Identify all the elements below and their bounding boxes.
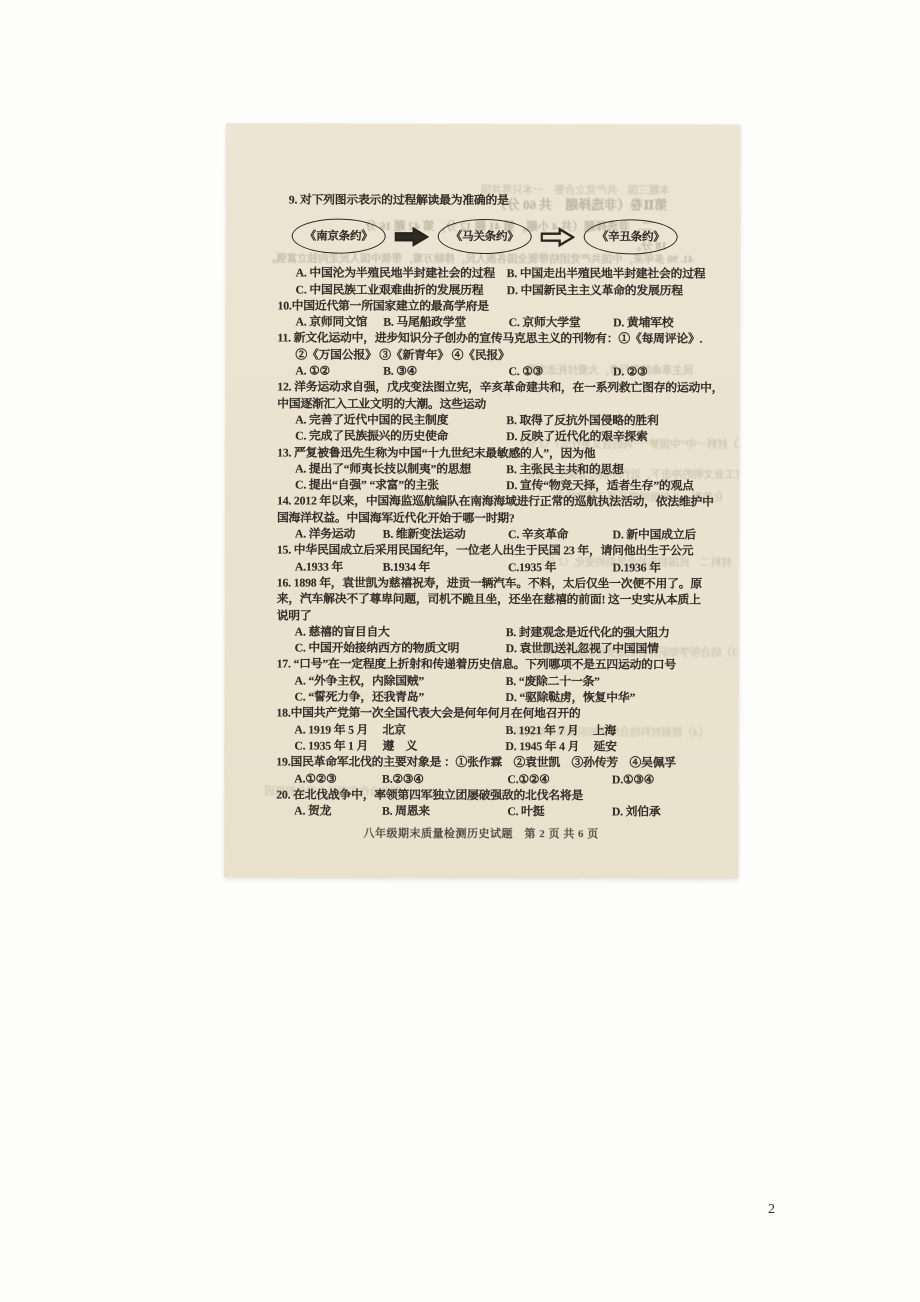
question-12-stem: 中国逐渐汇入工业文明的大潮。这些运动 [277,395,713,412]
option: D. 1945 年 4 月 延安 [505,738,712,755]
questions-list: 9. 对下列图示表示的过程解读最为准确的是《南京条约》《马关条约》《辛丑条约》A… [276,191,714,820]
option: A. 完善了近代中国的民主制度 [295,411,506,428]
option: D. 新中国成立后 [613,526,713,543]
option-row: A. 洋务运动B. 维新变法运动C. 辛亥革命D. 新中国成立后 [277,526,713,543]
question-12: 12. 洋务运动求自强，戊戌变法图立宪，辛亥革命建共和，在一系列救亡图存的运动中… [277,379,713,445]
exam-paper-page: 第Ⅱ卷（非选择题 共 60 分）二、非选择题（共 4 小题，第 41 题 12 … [224,123,740,878]
option: D. ②③ [613,363,713,380]
question-14-stem: 14. 2012 年以来，中国海监巡航编队在南海海域进行正常的巡航执法活动，依法… [277,493,713,510]
option: C.1935 年 [508,559,613,576]
question-17-stem: 17. “口号”在一定程度上折射和传递着历史信息。下列哪项不是五四运动的口号 [277,656,713,673]
option-row: A.①②③B.②③④C.①②④D.①③④ [276,770,712,787]
option: B. 主张民主共和的思想 [506,461,713,478]
option-row: C. 中国开始接纳西方的物质文明D. 袁世凯送礼忽视了中国国情 [277,640,713,657]
document-page-number: 2 [768,1202,775,1218]
option: D. 中国新民主主义革命的发展历程 [507,282,714,299]
question-11-stem: ②《万国公报》 ③《新青年》 ④《民报》 [277,346,713,363]
question-13: 13. 严复被鲁迅先生称为中国“十九世纪末最敏感的人”，因为他A. 提出了“师夷… [277,444,713,494]
option: A. 提出了“师夷长技以制夷”的思想 [295,460,506,477]
treaty-oval: 《辛丑条约》 [584,220,678,255]
option: B. 封建观念是近代化的强大阻力 [506,624,713,641]
right-arrow-icon [541,227,575,247]
option: B. ③④ [383,363,508,380]
option: A. 京师同文馆 [295,314,383,331]
option: C. ①③ [508,363,613,380]
option: B. 维新变法运动 [383,526,508,543]
question-10-stem: 10.中国近代第一所国家建立的最高学府是 [277,297,713,314]
question-20: 20. 在北伐战争中，率领第四军独立团屡破强敌的北伐名将是A. 贺龙B. 周恩来… [276,786,712,820]
treaty-oval-label: 《马关条约》 [451,229,519,245]
question-14: 14. 2012 年以来，中国海监巡航编队在南海海域进行正常的巡航执法活动，依法… [277,493,713,543]
option: A. 贺龙 [294,803,382,820]
option: D. 刘伯承 [612,803,712,820]
question-9-stem: 9. 对下列图示表示的过程解读最为准确的是 [278,191,714,208]
option: D. “驱除鞑虏，恢复中华” [506,689,713,706]
option: B.1934 年 [383,558,508,575]
question-9: 9. 对下列图示表示的过程解读最为准确的是《南京条约》《马关条约》《辛丑条约》A… [278,191,714,298]
option-row: A. 1919 年 5 月 北京B. 1921 年 7 月 上海 [276,721,712,738]
option: C. 中国开始接纳西方的物质文明 [295,640,506,657]
option: C. 1935 年 1 月 遵 义 [294,737,505,754]
option-row: C. 提出“自强” “求富”的主张D. 宣传“物竞天择，适者生存”的观点 [277,477,713,494]
option: B. “废除二十一条” [506,673,713,690]
option: C.①②④ [507,771,612,788]
question-11: 11. 新文化运动中，进步知识分子创办的宣传马克思主义的刊物有：①《每周评论》.… [277,330,713,380]
option: A.①②③ [294,770,382,787]
option-row: C. 中国民族工业艰难曲折的发展历程D. 中国新民主主义革命的发展历程 [278,281,714,298]
option: B. 周恩来 [382,803,507,820]
option-row: A. 提出了“师夷长技以制夷”的思想B. 主张民主共和的思想 [277,460,713,477]
question-20-stem: 20. 在北伐战争中，率领第四军独立团屡破强敌的北伐名将是 [276,786,712,803]
option: A. ①② [295,363,383,380]
question-16-stem: 说明了 [277,607,713,624]
option-row: C. 1935 年 1 月 遵 义D. 1945 年 4 月 延安 [276,737,712,754]
question-15-stem: 15. 中华民国成立后采用民国纪年，一位老人出生于民国 23 年，请问他出生于公… [277,542,713,559]
question-17: 17. “口号”在一定程度上折射和传递着历史信息。下列哪项不是五四运动的口号A.… [276,656,712,706]
option: B. 马尾船政学堂 [383,314,508,331]
option: C. 辛亥革命 [508,526,613,543]
option: A. “外争主权，内除国贼” [295,672,506,689]
option-row: A. 慈禧的盲目自大B. 封建观念是近代化的强大阻力 [277,623,713,640]
question-16-stem: 来，汽车解决不了尊卑问题，司机不跪且坐，还坐在慈禧的前面! 这一史实从本质上 [277,591,713,608]
question-15: 15. 中华民国成立后采用民国纪年，一位老人出生于民国 23 年，请问他出生于公… [277,542,713,576]
right-arrow-icon [395,227,429,247]
treaty-oval: 《南京条约》 [292,219,386,254]
option: A. 中国沦为半殖民地半封建社会的过程 [296,265,507,282]
question-16-stem: 16. 1898 年，袁世凯为慈禧祝寿，进贡一辆汽车。不料，太后仅坐一次便不用了… [277,574,713,591]
option: B.②③④ [382,770,507,787]
question-12-stem: 12. 洋务运动求自强，戊戌变法图立宪，辛亥革命建共和，在一系列救亡图存的运动中… [277,379,713,396]
option: B. 1921 年 7 月 上海 [505,722,712,739]
option: C. 完成了民族振兴的历史使命 [295,428,506,445]
question-18: 18.中国共产党第一次全国代表大会是何年何月在何地召开的A. 1919 年 5 … [276,705,712,755]
treaty-oval-label: 《南京条约》 [305,228,373,244]
page-footer: 八年级期末质量检测历史试题 第 2 页 共 6 页 [224,824,738,841]
option-row: C. “誓死力争，还我青岛”D. “驱除鞑虏，恢复中华” [276,688,712,705]
treaty-flow-diagram: 《南京条约》《马关条约》《辛丑条约》 [278,208,714,266]
question-11-stem: 11. 新文化运动中，进步知识分子创办的宣传马克思主义的刊物有：①《每周评论》. [277,330,713,347]
option: A. 洋务运动 [295,526,383,543]
question-10: 10.中国近代第一所国家建立的最高学府是A. 京师同文馆B. 马尾船政学堂C. … [277,297,713,331]
option: D.1936 年 [612,559,712,576]
option: C. 京师大学堂 [509,314,614,331]
option: D.①③④ [612,771,712,788]
option-row: A. 完善了近代中国的民主制度B. 取得了反抗外国侵略的胜利 [277,411,713,428]
option: A. 1919 年 5 月 北京 [294,721,505,738]
question-19-stem: 19.国民革命军北伐的主要对象是 ：①张作霖 ②袁世凯 ③孙传芳 ④吴佩孚 [276,754,712,771]
option: D. 宣传“物竞天择，适者生存”的观点 [506,477,713,494]
option-row: A.1933 年B.1934 年C.1935 年D.1936 年 [277,558,713,575]
option-row: A. ①②B. ③④C. ①③D. ②③ [277,363,713,380]
option: D. 黄埔军校 [613,315,713,332]
question-14-stem: 国海洋权益。中国海军近代化开始于哪一时期? [277,509,713,526]
option-row: A. 贺龙B. 周恩来C. 叶挺D. 刘伯承 [276,803,712,820]
option: C. “誓死力争，还我青岛” [294,689,505,706]
option: C. 叶挺 [507,803,612,820]
option-row: A. “外争主权，内除国贼”B. “废除二十一条” [277,672,713,689]
option: D. 袁世凯送礼忽视了中国国情 [506,640,713,657]
option: C. 提出“自强” “求富”的主张 [295,477,506,494]
question-18-stem: 18.中国共产党第一次全国代表大会是何年何月在何地召开的 [276,705,712,722]
option: D. 反映了近代化的艰辛探索 [506,428,713,445]
question-19: 19.国民革命军北伐的主要对象是 ：①张作霖 ②袁世凯 ③孙传芳 ④吴佩孚A.①… [276,754,712,788]
option-row: A. 京师同文馆B. 马尾船政学堂C. 京师大学堂D. 黄埔军校 [277,314,713,331]
option: B. 中国走出半殖民地半封建社会的过程 [507,265,714,282]
option: B. 取得了反抗外国侵略的胜利 [506,412,713,429]
treaty-oval-label: 《辛丑条约》 [597,229,665,245]
option: A.1933 年 [295,558,383,575]
question-13-stem: 13. 严复被鲁迅先生称为中国“十九世纪末最敏感的人”，因为他 [277,444,713,461]
treaty-oval: 《马关条约》 [438,219,532,254]
question-16: 16. 1898 年，袁世凯为慈禧祝寿，进贡一辆汽车。不料，太后仅坐一次便不用了… [277,574,713,657]
option: A. 慈禧的盲目自大 [295,623,506,640]
option-row: C. 完成了民族振兴的历史使命D. 反映了近代化的艰辛探索 [277,428,713,445]
option: C. 中国民族工业艰难曲折的发展历程 [296,281,507,298]
option-row: A. 中国沦为半殖民地半封建社会的过程B. 中国走出半殖民地半封建社会的过程 [278,265,714,282]
